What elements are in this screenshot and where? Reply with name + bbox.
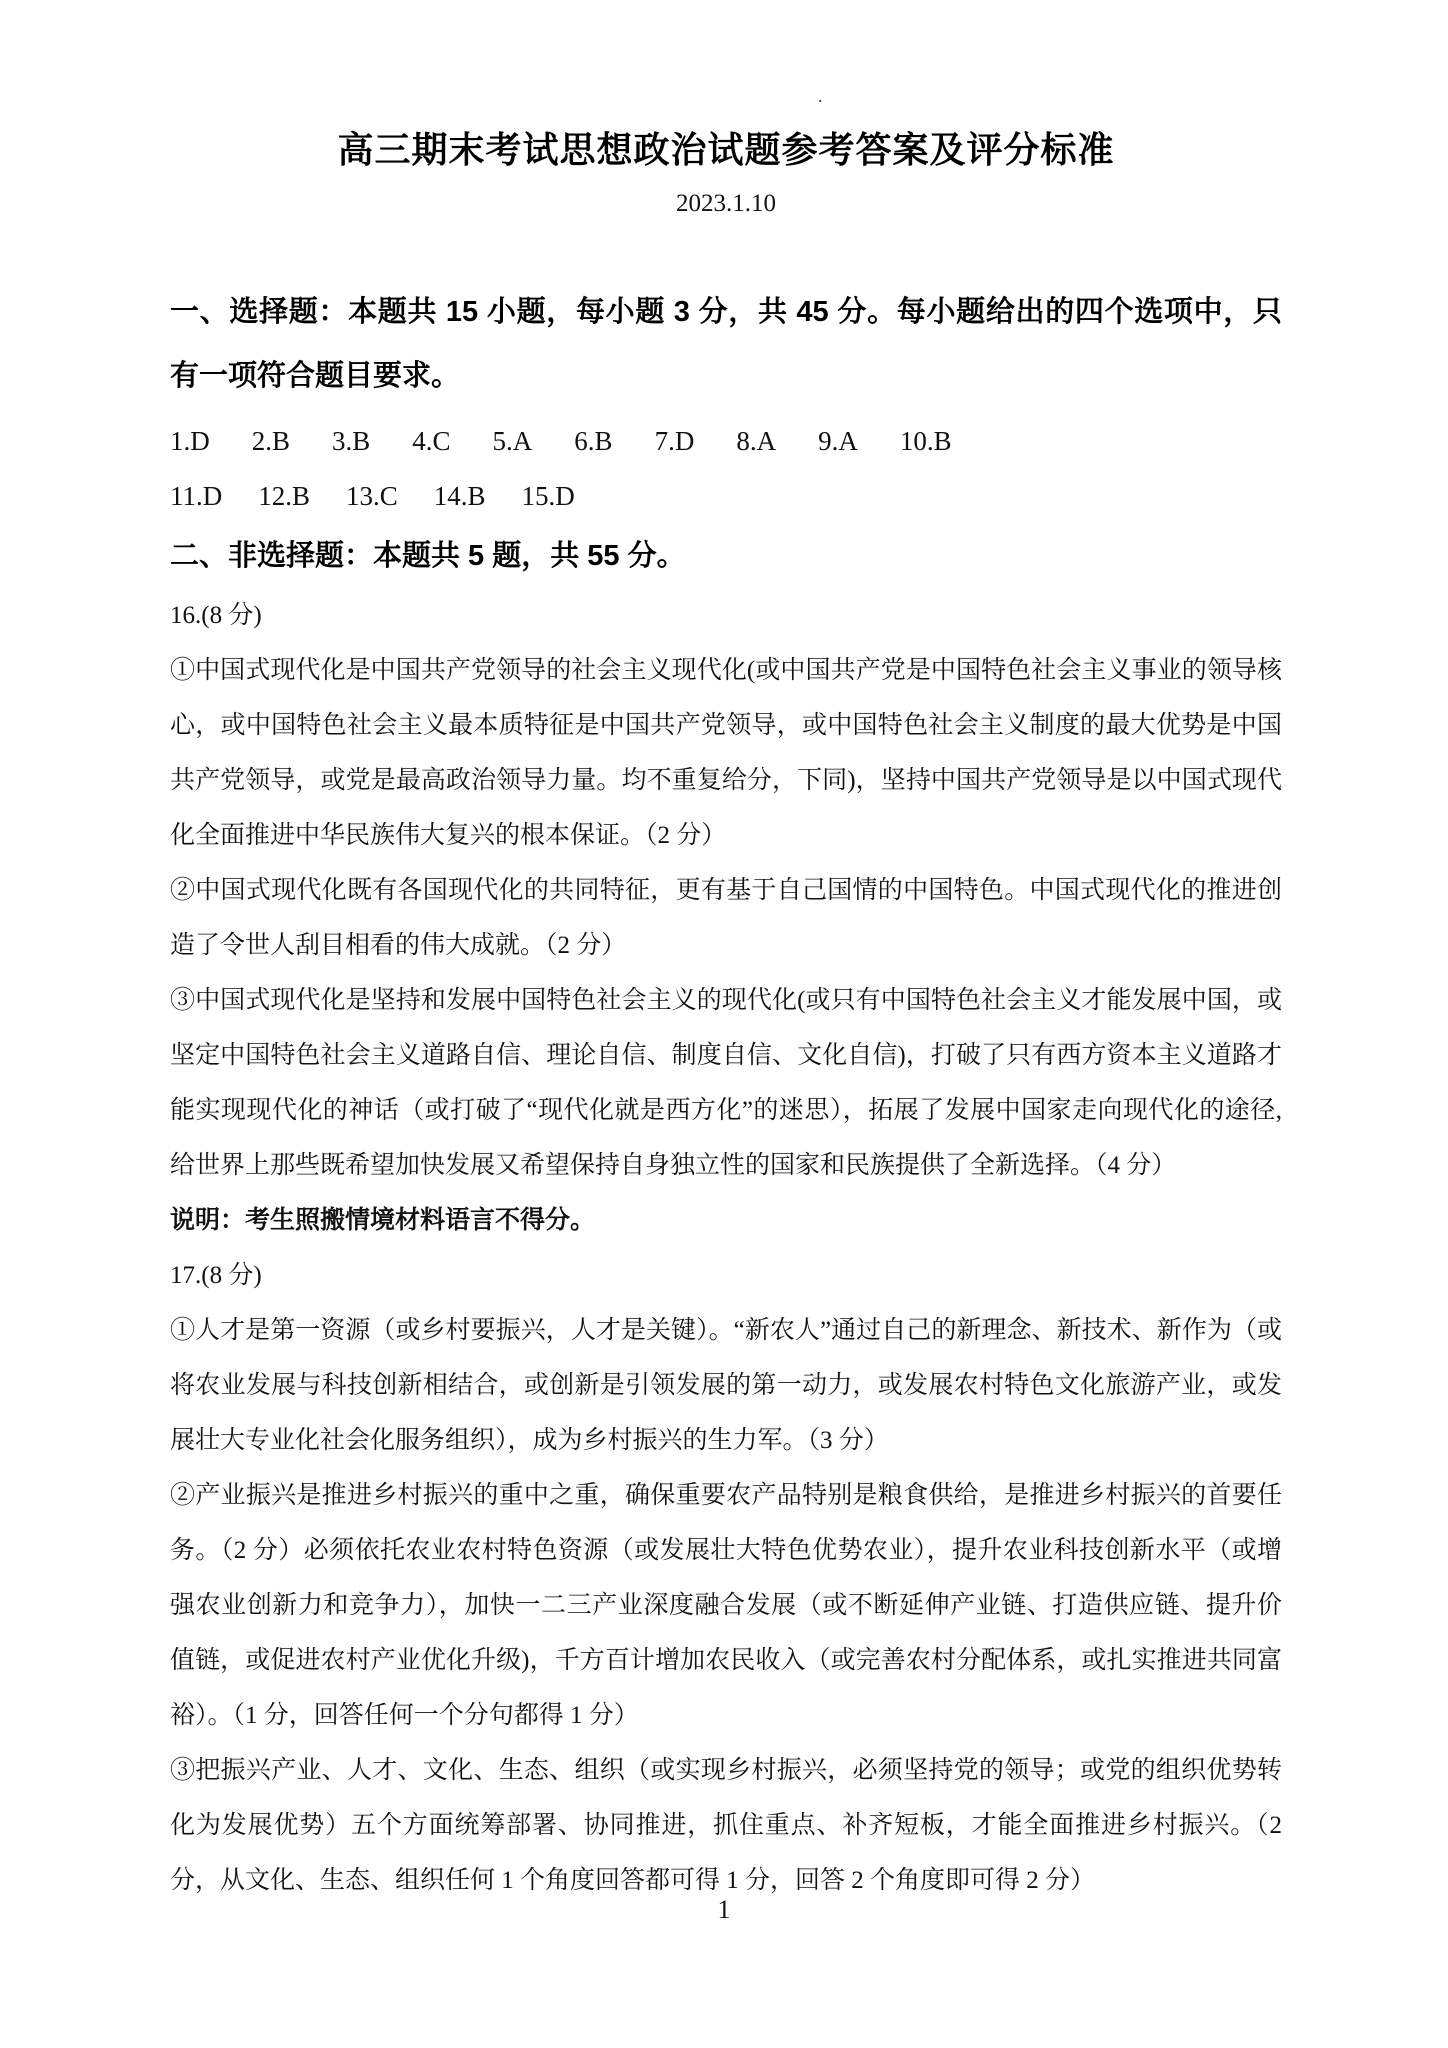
answers-row-2: 11.D 12.B 13.C 14.B 15.D [170, 469, 1282, 524]
answer-item: 14.B [434, 481, 486, 512]
question17-header: 17.(8 分) [170, 1248, 1282, 1303]
page-title: 高三期末考试思想政治试题参考答案及评分标准 [170, 0, 1282, 176]
section2-heading: 二、非选择题：本题共 5 题，共 55 分。 [170, 524, 1282, 588]
question16-paragraph-3: ③中国式现代化是坚持和发展中国特色社会主义的现代化(或只有中国特色社会主义才能发… [170, 973, 1282, 1193]
answer-item: 3.B [332, 426, 370, 457]
question16-paragraph-1: ①中国式现代化是中国共产党领导的社会主义现代化(或中国共产党是中国特色社会主义事… [170, 643, 1282, 863]
question16-paragraph-2: ②中国式现代化既有各国现代化的共同特征，更有基于自己国情的中国特色。中国式现代化… [170, 863, 1282, 973]
answer-item: 15.D [522, 481, 575, 512]
exam-date: 2023.1.10 [170, 186, 1282, 222]
document-content: 高三期末考试思想政治试题参考答案及评分标准 2023.1.10 一、选择题：本题… [170, 0, 1282, 1908]
answer-item: 1.D [170, 426, 210, 457]
question16-note: 说明：考生照搬情境材料语言不得分。 [170, 1193, 1282, 1248]
answer-item: 2.B [252, 426, 290, 457]
answer-item: 12.B [258, 481, 310, 512]
answers-row-1: 1.D 2.B 3.B 4.C 5.A 6.B 7.D 8.A 9.A 10.B [170, 414, 1282, 469]
question17-paragraph-3: ③把振兴产业、人才、文化、生态、组织（或实现乡村振兴，必须坚持党的领导；或党的组… [170, 1743, 1282, 1908]
question16-header: 16.(8 分) [170, 588, 1282, 643]
answer-item: 4.C [412, 426, 450, 457]
question17-paragraph-1: ①人才是第一资源（或乡村要振兴，人才是关键）。“新农人”通过自己的新理念、新技术… [170, 1303, 1282, 1468]
answer-item: 5.A [493, 426, 533, 457]
answer-item: 6.B [574, 426, 612, 457]
section1-heading: 一、选择题：本题共 15 小题，每小题 3 分，共 45 分。每小题给出的四个选… [170, 280, 1282, 408]
answer-item: 13.C [346, 481, 398, 512]
question17-paragraph-2: ②产业振兴是推进乡村振兴的重中之重，确保重要农产品特别是粮食供给，是推进乡村振兴… [170, 1468, 1282, 1743]
answer-item: 10.B [900, 426, 952, 457]
document-page: . 高三期末考试思想政治试题参考答案及评分标准 2023.1.10 一、选择题：… [0, 0, 1448, 2048]
answer-item: 9.A [818, 426, 858, 457]
answer-item: 8.A [736, 426, 776, 457]
page-number: 1 [0, 1895, 1448, 1925]
answer-item: 7.D [655, 426, 695, 457]
answer-item: 11.D [170, 481, 222, 512]
